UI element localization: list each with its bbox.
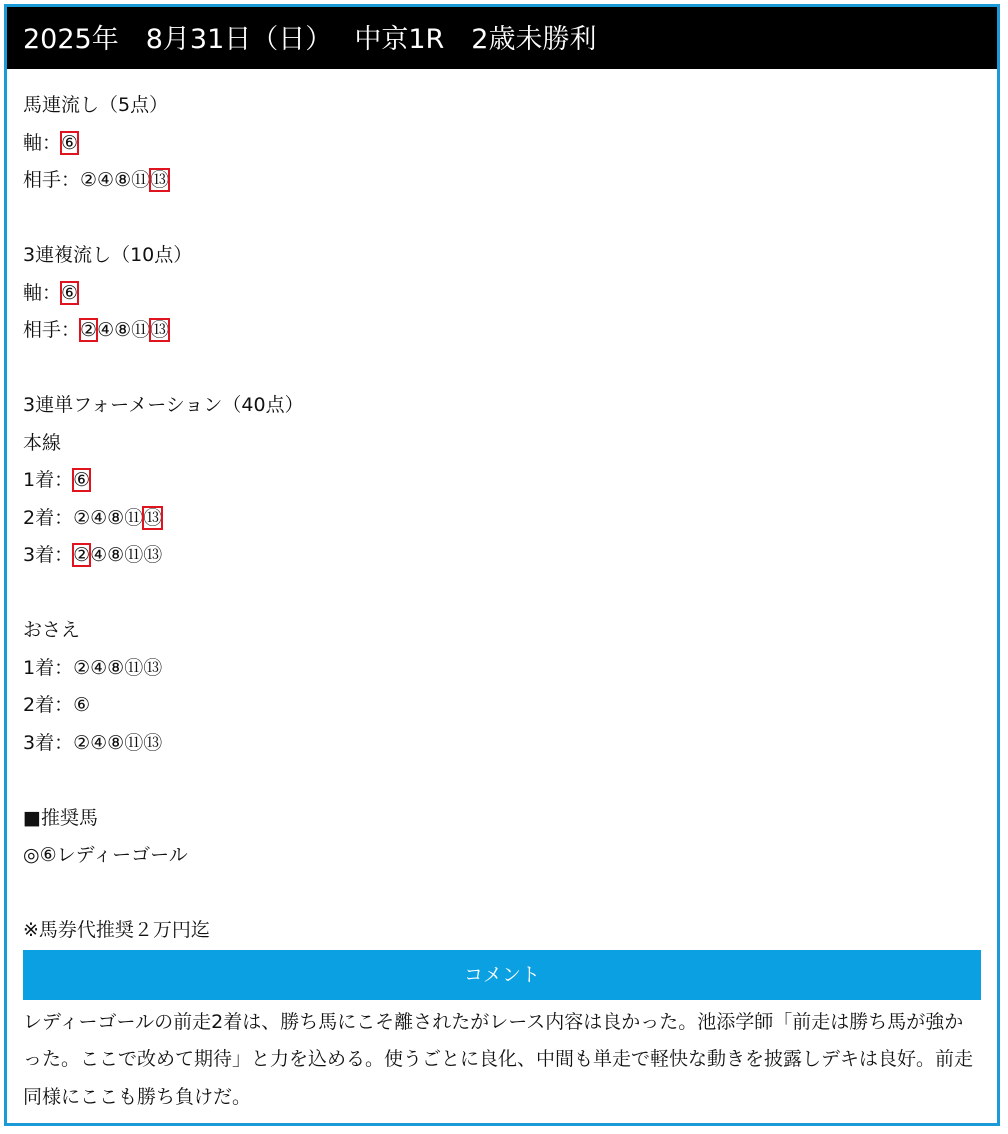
label: 軸：	[23, 282, 61, 304]
label: 3着：	[23, 544, 73, 566]
spacer	[23, 575, 981, 613]
sanrentan-title: 3連単フォーメーション（40点）	[23, 387, 981, 425]
umaren-title: 馬連流し（5点）	[23, 87, 981, 125]
sanrenpuku-partners: 相手：②④⑧⑪⑬	[23, 312, 981, 350]
highlight: ②	[73, 544, 90, 566]
umaren-axis: 軸：⑥	[23, 125, 981, 163]
umaren-partners: 相手：②④⑧⑪⑬	[23, 162, 981, 200]
comment-header: コメント	[23, 950, 981, 1000]
numbers: ②④⑧⑪	[73, 507, 143, 529]
sub-second: 2着：⑥	[23, 687, 981, 725]
recommend-horse: ◎⑥レディーゴール	[23, 837, 981, 875]
spacer	[23, 200, 981, 238]
label: 2着：	[23, 507, 73, 529]
spacer	[23, 875, 981, 913]
sub-label: おさえ	[23, 612, 981, 650]
spacer	[23, 350, 981, 388]
main-label: 本線	[23, 425, 981, 463]
highlight: ⑥	[61, 132, 78, 154]
second: 2着：②④⑧⑪⑬	[23, 500, 981, 538]
budget-note: ※馬券代推奨２万円迄	[23, 912, 981, 950]
spacer	[23, 762, 981, 800]
third: 3着：②④⑧⑪⑬	[23, 537, 981, 575]
sanrenpuku-title: 3連複流し（10点）	[23, 237, 981, 275]
highlight: ⑬	[150, 319, 169, 341]
label: 1着：	[23, 469, 73, 491]
race-title: 2025年 8月31日（日） 中京1R 2歳未勝利	[7, 7, 997, 69]
numbers: ④⑧⑪⑬	[90, 544, 162, 566]
highlight: ⑬	[143, 507, 162, 529]
label: 軸：	[23, 132, 61, 154]
card: 2025年 8月31日（日） 中京1R 2歳未勝利 馬連流し（5点） 軸：⑥ 相…	[4, 4, 1000, 1126]
numbers: ②④⑧⑪	[80, 169, 150, 191]
betting-content: 馬連流し（5点） 軸：⑥ 相手：②④⑧⑪⑬ 3連複流し（10点） 軸：⑥ 相手：…	[7, 69, 997, 1116]
highlight: ②	[80, 319, 97, 341]
highlight: ⑥	[73, 469, 90, 491]
recommend-title: ■推奨馬	[23, 800, 981, 838]
highlight: ⑥	[61, 282, 78, 304]
numbers: ④⑧⑪	[97, 319, 150, 341]
comment-text: レディーゴールの前走2着は、勝ち馬にこそ離されたがレース内容は良かった。池添学師…	[23, 1000, 981, 1117]
sub-third: 3着：②④⑧⑪⑬	[23, 725, 981, 763]
highlight: ⑬	[150, 169, 169, 191]
label: 相手：	[23, 169, 80, 191]
sanrenpuku-axis: 軸：⑥	[23, 275, 981, 313]
label: 相手：	[23, 319, 80, 341]
sub-first: 1着：②④⑧⑪⑬	[23, 650, 981, 688]
first: 1着：⑥	[23, 462, 981, 500]
